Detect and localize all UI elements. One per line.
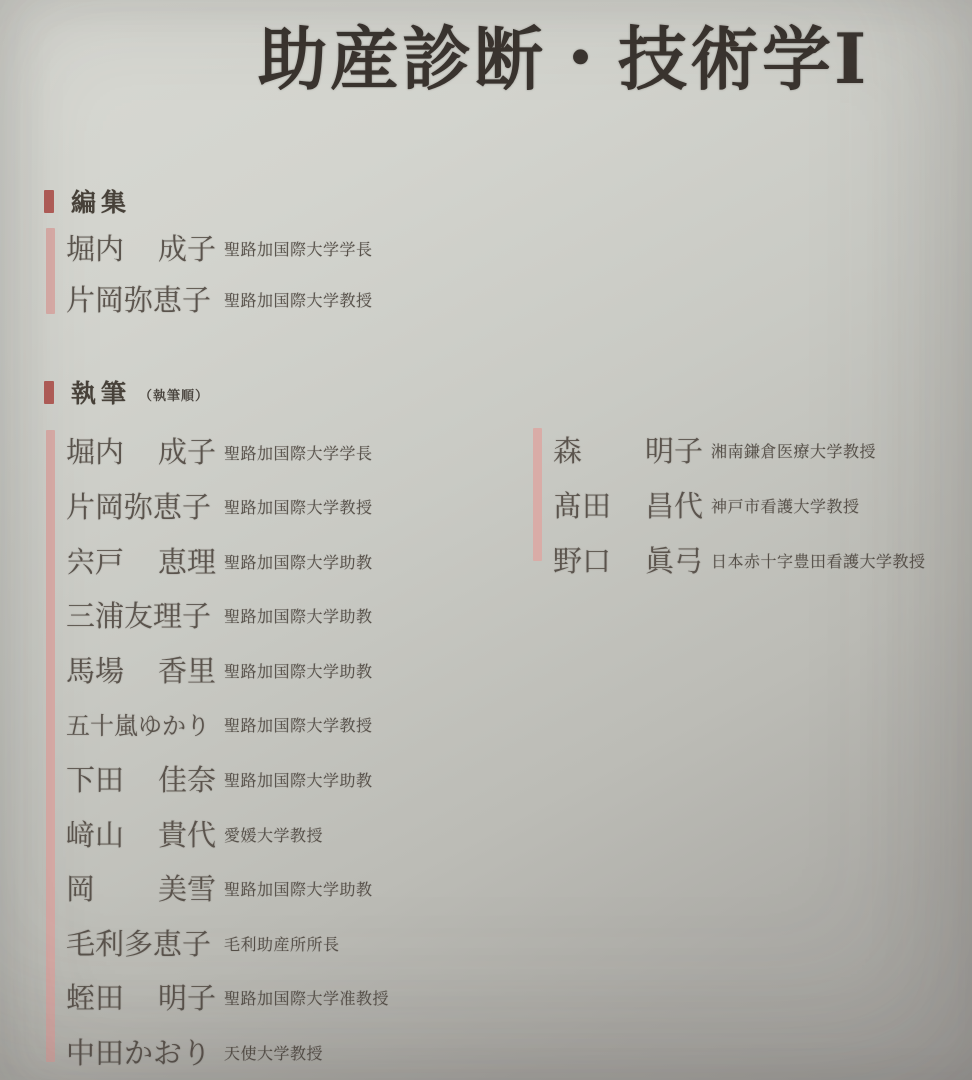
person-affiliation: 聖路加国際大学教授 (224, 292, 373, 310)
editors-list-bar (46, 228, 55, 314)
person-name: 野口眞弓 (553, 546, 703, 578)
name-part: 美雪 (158, 874, 216, 906)
name-part: 毛利多恵子 (66, 929, 211, 961)
name-part: 眞弓 (645, 546, 703, 578)
person-affiliation: 聖路加国際大学助教 (224, 881, 373, 899)
name-part: 成子 (158, 234, 216, 266)
name-part: 三浦友理子 (66, 601, 211, 633)
editors-section-label: 編集 (71, 183, 131, 219)
name-part: 蛭田 (66, 983, 124, 1015)
name-part: 中田かおり (66, 1038, 211, 1070)
person-name: 堀内成子 (66, 437, 216, 469)
name-part: 片岡弥恵子 (66, 285, 211, 317)
page-title: 助産診断・技術学Ⅰ (258, 20, 869, 99)
name-part: 香里 (158, 656, 216, 688)
name-part: 成子 (158, 437, 216, 469)
name-part: 髙田 (553, 491, 611, 523)
editors-rows: 堀内成子聖路加国際大学学長片岡弥恵子聖路加国際大学教授 (66, 224, 373, 326)
person-name: 堀内成子 (66, 234, 216, 266)
authors-right-column: 森明子湘南鎌倉医療大学教授髙田昌代神戸市看護大学教授野口眞弓日本赤十字豊田看護大… (533, 424, 926, 589)
person-name: 三浦友理子 (66, 601, 216, 633)
editors-list: 堀内成子聖路加国際大学学長片岡弥恵子聖路加国際大学教授 (46, 224, 373, 326)
authors-right-list-bar (533, 428, 542, 561)
person-name: 森明子 (553, 436, 703, 468)
person-row: 野口眞弓日本赤十字豊田看護大学教授 (553, 534, 926, 589)
person-name: 髙田昌代 (553, 491, 703, 523)
authors-right-rows: 森明子湘南鎌倉医療大学教授髙田昌代神戸市看護大学教授野口眞弓日本赤十字豊田看護大… (553, 424, 926, 589)
person-row: 毛利多恵子毛利助産所所長 (66, 917, 389, 972)
name-part: 明子 (645, 436, 703, 468)
person-row: 馬場香里聖路加国際大学助教 (66, 644, 389, 699)
person-name: 毛利多恵子 (66, 929, 216, 961)
person-name: 馬場香里 (66, 656, 216, 688)
person-name: 片岡弥恵子 (66, 285, 216, 317)
person-affiliation: 神戸市看護大学教授 (711, 498, 860, 516)
authors-order-note: （執筆順） (139, 385, 209, 404)
name-part: 野口 (553, 546, 611, 578)
name-part: 宍戸 (66, 547, 124, 579)
person-name: 蛭田明子 (66, 983, 216, 1015)
name-part: 堀内 (66, 437, 124, 469)
name-part: 貴代 (158, 820, 216, 852)
person-name: 下田佳奈 (66, 765, 216, 797)
person-row: 髙田昌代神戸市看護大学教授 (553, 479, 926, 534)
section-marker-icon (44, 381, 54, 404)
section-marker-icon (44, 190, 54, 213)
authors-left-column: 堀内成子聖路加国際大学学長片岡弥恵子聖路加国際大学教授宍戸恵理聖路加国際大学助教… (46, 426, 389, 1080)
person-row: 片岡弥恵子聖路加国際大学教授 (66, 275, 373, 326)
person-affiliation: 聖路加国際大学教授 (224, 717, 373, 735)
person-name: 﨑山貴代 (66, 820, 216, 852)
person-name: 宍戸恵理 (66, 547, 216, 579)
name-part: 森 (553, 436, 582, 468)
name-part: 岡 (66, 874, 95, 906)
person-row: 中田かおり天使大学教授 (66, 1027, 389, 1080)
person-row: 蛭田明子聖路加国際大学准教授 (66, 972, 389, 1027)
person-name: 五十嵐ゆかり (66, 713, 216, 739)
person-affiliation: 日本赤十字豊田看護大学教授 (711, 553, 926, 571)
person-row: 堀内成子聖路加国際大学学長 (66, 224, 373, 275)
name-part: 堀内 (66, 234, 124, 266)
person-name: 岡美雪 (66, 874, 216, 906)
name-part: 佳奈 (158, 765, 216, 797)
person-name: 片岡弥恵子 (66, 492, 216, 524)
name-part: 恵理 (158, 547, 216, 579)
person-row: 片岡弥恵子聖路加国際大学教授 (66, 481, 389, 536)
name-part: 明子 (158, 983, 216, 1015)
person-row: 﨑山貴代愛媛大学教授 (66, 808, 389, 863)
person-affiliation: 聖路加国際大学学長 (224, 241, 373, 259)
editors-section-header: 編集 (44, 183, 131, 219)
name-part: 五十嵐ゆかり (66, 713, 210, 739)
name-part: 片岡弥恵子 (66, 492, 211, 524)
authors-section-label: 執筆 (71, 374, 131, 410)
person-affiliation: 毛利助産所所長 (224, 936, 340, 954)
person-affiliation: 天使大学教授 (224, 1045, 323, 1063)
authors-left-rows: 堀内成子聖路加国際大学学長片岡弥恵子聖路加国際大学教授宍戸恵理聖路加国際大学助教… (66, 426, 389, 1080)
person-name: 中田かおり (66, 1038, 216, 1070)
person-row: 森明子湘南鎌倉医療大学教授 (553, 424, 926, 479)
person-row: 五十嵐ゆかり聖路加国際大学教授 (66, 699, 389, 754)
person-affiliation: 聖路加国際大学助教 (224, 663, 373, 681)
person-row: 下田佳奈聖路加国際大学助教 (66, 754, 389, 809)
person-affiliation: 聖路加国際大学助教 (224, 772, 373, 790)
person-affiliation: 聖路加国際大学教授 (224, 499, 373, 517)
person-affiliation: 聖路加国際大学准教授 (224, 990, 389, 1008)
person-affiliation: 聖路加国際大学助教 (224, 608, 373, 626)
person-row: 宍戸恵理聖路加国際大学助教 (66, 535, 389, 590)
person-affiliation: 聖路加国際大学学長 (224, 445, 373, 463)
name-part: 昌代 (645, 491, 703, 523)
person-row: 岡美雪聖路加国際大学助教 (66, 863, 389, 918)
person-row: 三浦友理子聖路加国際大学助教 (66, 590, 389, 645)
authors-section-header: 執筆 （執筆順） (44, 374, 209, 410)
name-part: 馬場 (66, 656, 124, 688)
photographed-book-page: { "page": { "title": "助産診断・技術学Ⅰ" }, "col… (0, 0, 972, 1080)
person-row: 堀内成子聖路加国際大学学長 (66, 426, 389, 481)
person-affiliation: 聖路加国際大学助教 (224, 554, 373, 572)
person-affiliation: 湘南鎌倉医療大学教授 (711, 443, 876, 461)
name-part: 下田 (66, 765, 124, 797)
authors-left-list-bar (46, 430, 55, 1062)
person-affiliation: 愛媛大学教授 (224, 827, 323, 845)
name-part: 﨑山 (66, 820, 124, 852)
